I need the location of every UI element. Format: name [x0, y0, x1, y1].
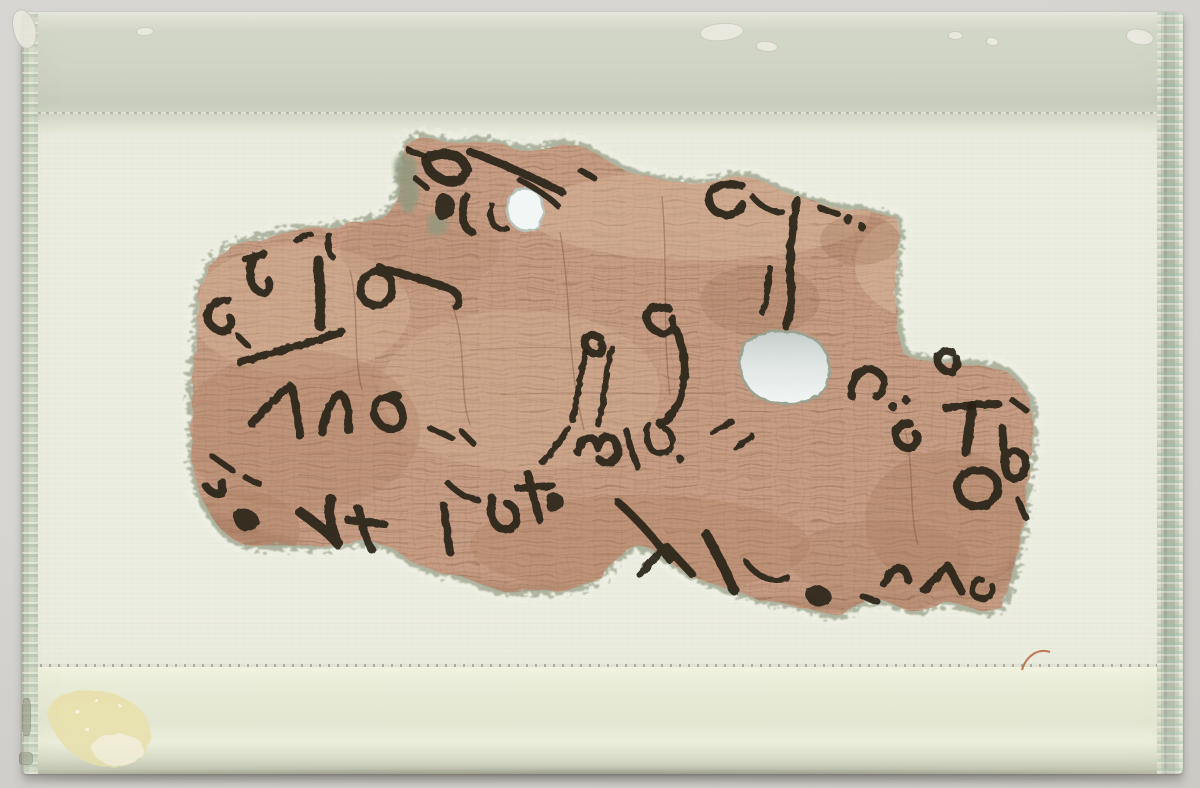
- artifact-art: [0, 0, 1200, 788]
- photo: [0, 0, 1200, 788]
- papyrus-hole-top: [507, 189, 543, 232]
- stray-fiber: [1022, 651, 1050, 670]
- papyrus-hole-center: [740, 331, 830, 403]
- adhesive-stain: [48, 690, 151, 767]
- cast-shadow: [34, 771, 1166, 784]
- papyrus-fragment: [180, 137, 1045, 614]
